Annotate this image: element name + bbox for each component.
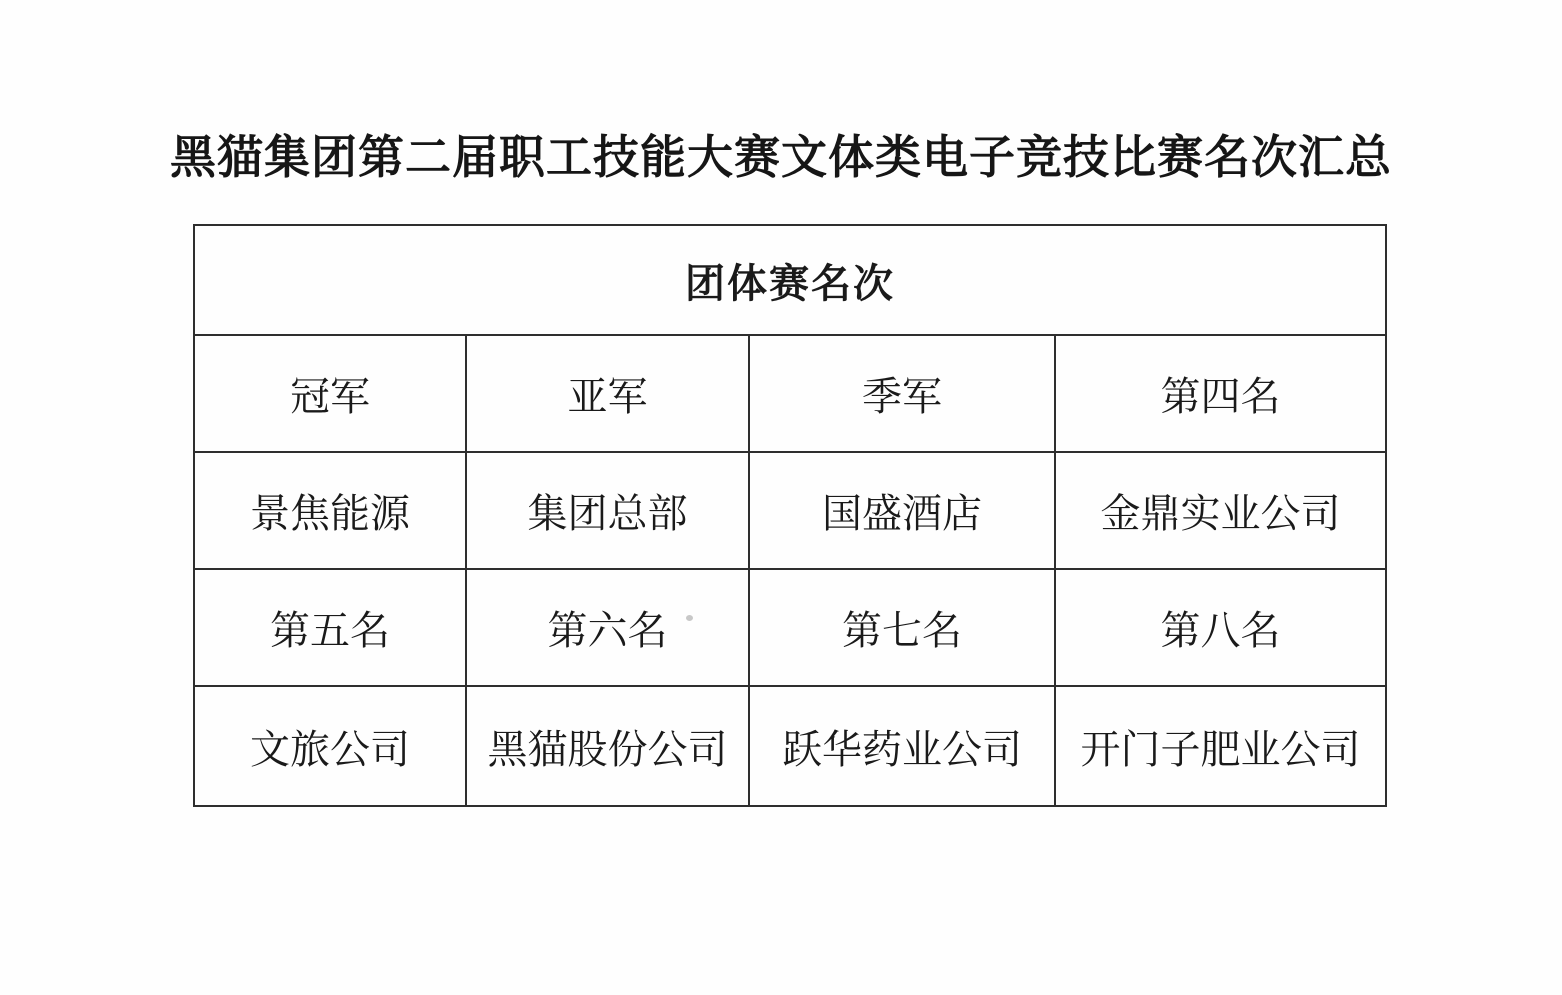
table-cell-rank: 冠军 [194,335,466,452]
table-row-teams-1: 景焦能源 集团总部 国盛酒店 金鼎实业公司 [194,452,1386,569]
table-cell-team: 景焦能源 [194,452,466,569]
table-header-cell: 团体赛名次 [194,225,1386,335]
table-row-rank-labels-1: 冠军 亚军 季军 第四名 [194,335,1386,452]
table-cell-team: 开门子肥业公司 [1055,686,1386,806]
table-cell-rank: 第四名 [1055,335,1386,452]
table-cell-team: 跃华药业公司 [749,686,1055,806]
table-cell-rank: 季军 [749,335,1055,452]
rankings-table: 团体赛名次 冠军 亚军 季军 第四名 景焦能源 集团总部 国盛酒店 金鼎实业公司… [193,224,1387,807]
table-header-row: 团体赛名次 [194,225,1386,335]
table-cell-team: 国盛酒店 [749,452,1055,569]
scan-artifact [686,615,693,621]
document-page: 黑猫集团第二届职工技能大赛文体类电子竞技比赛名次汇总 团体赛名次 冠军 亚军 季… [0,0,1562,995]
table-cell-team: 集团总部 [466,452,749,569]
table-cell-team: 金鼎实业公司 [1055,452,1386,569]
table-row-teams-2: 文旅公司 黑猫股份公司 跃华药业公司 开门子肥业公司 [194,686,1386,806]
table-cell-rank: 第七名 [749,569,1055,686]
table-cell-team: 文旅公司 [194,686,466,806]
table-cell-team: 黑猫股份公司 [466,686,749,806]
page-title: 黑猫集团第二届职工技能大赛文体类电子竞技比赛名次汇总 [0,121,1562,187]
table-cell-rank: 第八名 [1055,569,1386,686]
table-cell-rank: 亚军 [466,335,749,452]
table-cell-rank: 第六名 [466,569,749,686]
table-row-rank-labels-2: 第五名 第六名 第七名 第八名 [194,569,1386,686]
table-cell-rank: 第五名 [194,569,466,686]
